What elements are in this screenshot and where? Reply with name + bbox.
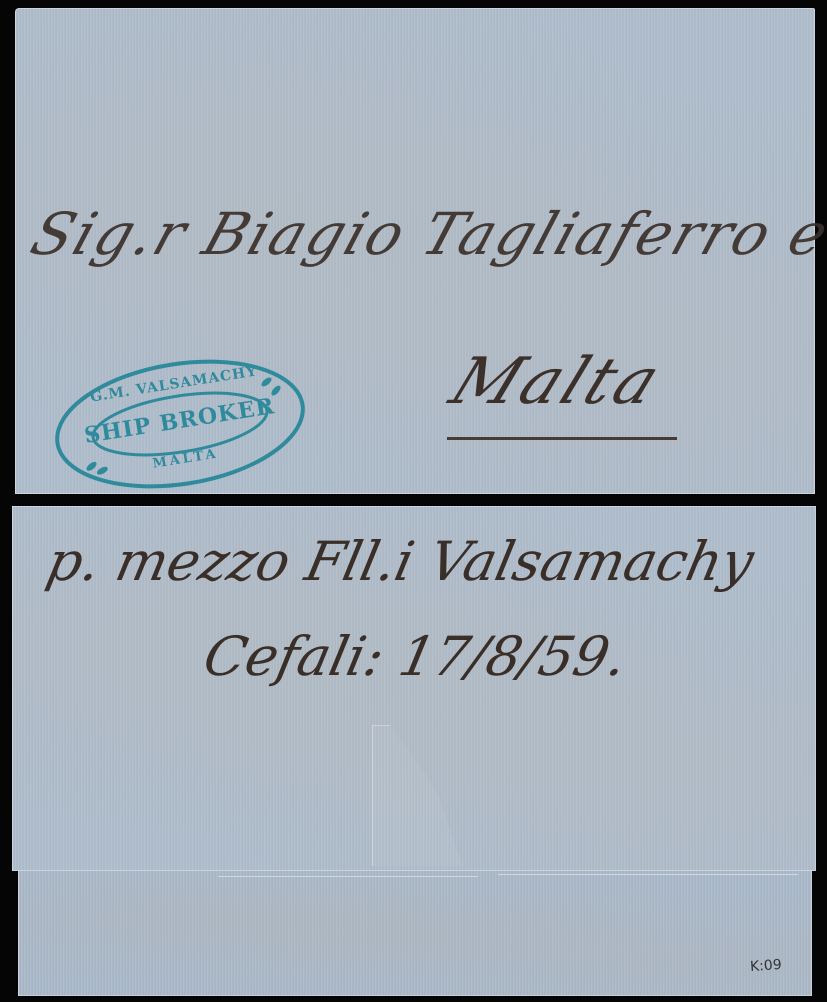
- addressee-city: Malta: [440, 345, 673, 419]
- fold-edge: [498, 874, 798, 875]
- city-underline: [447, 437, 677, 440]
- addressee-name: Sig.r Biagio Tagliaferro e Figli: [23, 200, 827, 268]
- fold-edge: [218, 876, 478, 877]
- forwarding-endorsement: p. mezzo Fll.i Valsamachy: [41, 530, 759, 593]
- letter-fold-panel: [18, 868, 812, 996]
- endorsement-place-date: Cefali: 17/8/59.: [198, 625, 632, 688]
- pencil-notation: K:09: [749, 957, 782, 975]
